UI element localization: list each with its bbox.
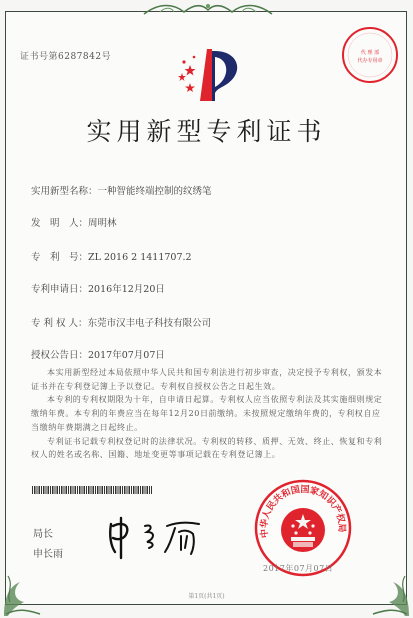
body-paragraph: 专利证书记载专利权登记时的法律状况。专利权的转移、质押、无效、终止、恢复和专利权… [31,435,383,462]
field-patent-number: 专 利 号：ZL 2016 2 1411707.2 [31,249,192,263]
top-ornament-icon [140,0,276,18]
director-signature-icon [105,512,205,562]
svg-text:代办专用章: 代办专用章 [357,57,382,64]
body-paragraph: 本专利的专利权期限为十年，自申请日起算。专利权人应当依照专利法及其实施细则规定缴… [31,393,383,434]
field-utility-model-name: 实用新型名称：一种智能终端控制的纹绣笔 [31,183,212,197]
corner-ornament-icon [0,556,48,618]
field-label: 专利申请日： [31,281,88,295]
field-value: ZL 2016 2 1411707.2 [88,252,192,263]
agency-seal-icon: 代 理 部 代办专用章 [340,25,400,85]
barcode [32,486,152,494]
director-title: 局长 [33,525,53,540]
field-application-date: 专利申请日：2016年12月20日 [31,281,165,295]
field-label: 专 利 号： [31,249,88,263]
page-indicator: 第1页(共1页) [0,591,413,600]
field-value: 周明林 [88,218,117,229]
field-grant-date: 授权公告日：2017年07月07日 [31,347,165,361]
certificate-title: 实用新型专利证书 [0,112,413,148]
field-label: 专 利 权 人： [31,315,88,329]
svg-text:代 理 部: 代 理 部 [361,49,379,56]
certificate-body-text: 本实用新型经过本局依照中华人民共和国专利法进行初步审查，决定授予专利权，颁发本证… [31,366,383,462]
patent-office-logo-icon [172,45,244,103]
corner-ornament-icon [365,556,413,618]
field-value: 2017年07月07日 [88,350,165,361]
field-label: 实用新型名称： [31,183,98,197]
field-value: 东莞市汉丰电子科技有限公司 [88,318,212,329]
certificate-number: 证书号第6287842号 [20,49,111,62]
field-patentee: 专 利 权 人：东莞市汉丰电子科技有限公司 [31,315,211,329]
field-label: 授权公告日： [31,347,88,361]
stamp-date: 2017年07月07日 [263,563,333,574]
field-inventor: 发 明 人：周明林 [31,215,117,229]
field-value: 一种智能终端控制的纹绣笔 [98,186,212,197]
field-value: 2016年12月20日 [88,284,165,295]
director-name: 申长雨 [33,545,63,560]
field-label: 发 明 人： [31,215,88,229]
body-paragraph: 本实用新型经过本局依照中华人民共和国专利法进行初步审查，决定授予专利权，颁发本证… [31,366,383,393]
